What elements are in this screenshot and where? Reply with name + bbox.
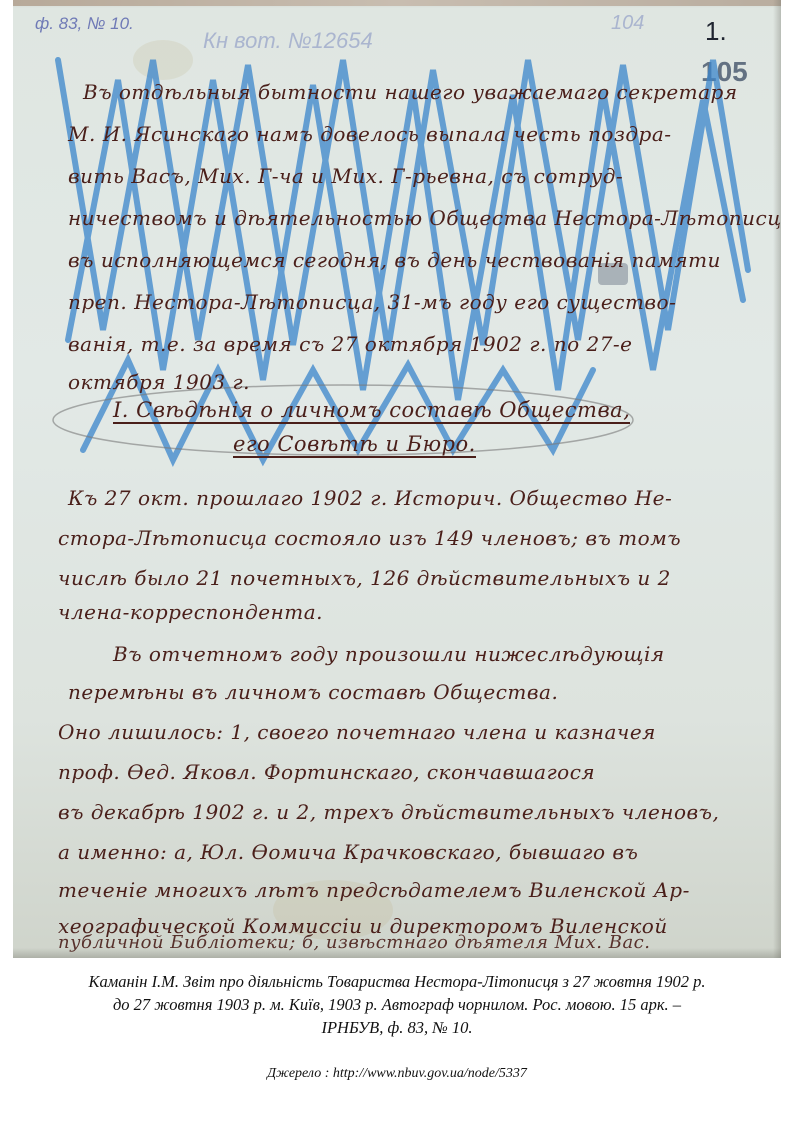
manuscript-line: теченіе многихъ лѣтъ предсѣдателемъ Виле… [58,878,690,902]
manuscript-line: публичной Библіотеки; б, извѣстнаго дѣят… [58,932,651,953]
manuscript-line: Въ отчетномъ году произошли нижеслѣдующі… [113,642,665,666]
manuscript-line: вить Васъ, Мих. Г-ча и Мих. Г-рьевна, съ… [68,164,623,188]
manuscript-line: въ декабрѣ 1902 г. и 2, трехъ дѣйствител… [58,800,719,824]
section-heading-text: его Совѣтѣ и Бюро. [233,432,476,458]
caption-line-2: до 27 жовтня 1903 р. м. Київ, 1903 р. Ав… [0,993,794,1016]
manuscript-line: преп. Нестора-Лѣтописца, 31-мъ году его … [68,290,676,314]
manuscript-line: Оно лишилось: 1, своего почетнаго члена … [58,720,656,744]
manuscript-line: октября 1903 г. [68,370,250,394]
manuscript-line: въ исполняющемся сегодня, въ день чество… [68,248,721,272]
manuscript-line: перемѣны въ личномъ составѣ Общества. [68,680,558,704]
manuscript-line: ванія, т.е. за время съ 27 октября 1902 … [68,332,633,356]
manuscript-line: числѣ было 21 почетныхъ, 126 дѣйствитель… [58,566,671,590]
manuscript-line: Въ отдѣльныя бытности нашего уважаемаго … [83,80,738,104]
manuscript-line: а именно: а, Юл. Өомича Крачковскаго, бы… [58,840,638,864]
section-heading-cont: его Совѣтѣ и Бюро. [233,432,476,456]
manuscript-line: проф. Өед. Яковл. Фортинскаго, скончавша… [58,760,595,784]
manuscript-line: М. И. Ясинскаго намъ довелось выпала чес… [68,122,672,146]
manuscript-line: Къ 27 окт. прошлаго 1902 г. Историч. Общ… [68,486,672,510]
section-heading-text: I. Свѣдѣнія о личномъ составѣ Общества, [113,398,630,424]
manuscript-line: ничествомъ и дѣятельностью Общества Нест… [68,206,781,230]
section-heading: I. Свѣдѣнія о личномъ составѣ Общества, [113,398,630,422]
source-link[interactable]: Джерело : http://www.nbuv.gov.ua/node/53… [0,1066,794,1082]
caption-line-3: ІРНБУВ, ф. 83, № 10. [0,1016,794,1039]
caption-line-1: Каманін І.М. Звіт про діяльність Товарис… [0,970,794,993]
manuscript-photo: ф. 83, № 10. Кн вот. №12654 104 1. 105 В… [13,0,781,958]
manuscript-line: стора-Лѣтописца состояло изъ 149 членовъ… [58,526,681,550]
manuscript-line: члена-корреспондента. [58,600,323,624]
